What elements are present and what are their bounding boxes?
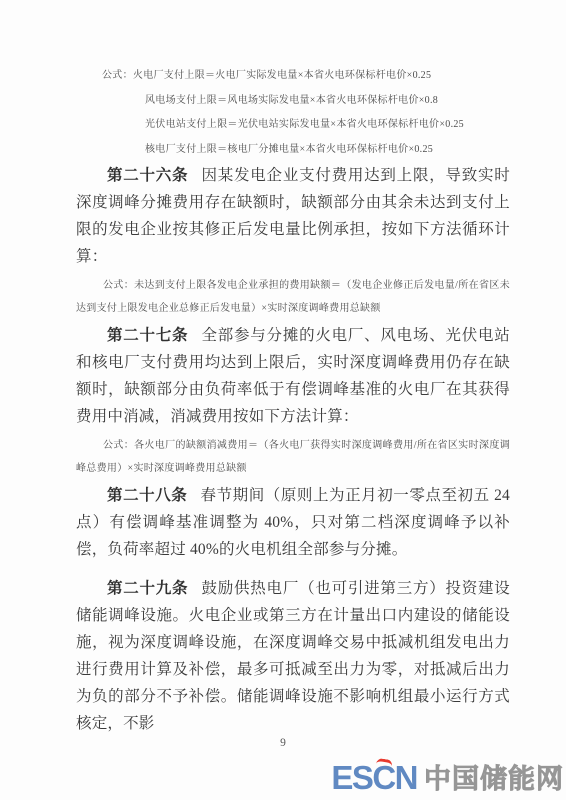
document-page: 公式：火电厂支付上限＝火电厂实际发电量×本省火电环保标杆电价×0.25 风电场支…: [0, 0, 566, 800]
formula-text-thermal: 火电厂支付上限＝火电厂实际发电量×本省火电环保标杆电价×0.25: [133, 70, 431, 81]
page-content: 公式：火电厂支付上限＝火电厂实际发电量×本省火电环保标杆电价×0.25 风电场支…: [76, 64, 510, 737]
escn-logo-chinese-text: 中国储能网: [424, 766, 564, 793]
payment-cap-formula-block: 公式：火电厂支付上限＝火电厂实际发电量×本省火电环保标杆电价×0.25 风电场支…: [76, 64, 510, 162]
article-27-formula: 公式：各火电厂的缺额消减费用＝（各火电厂获得实时深度调峰费用/所在省区实时深度调…: [76, 434, 510, 480]
escn-logo-text: ESCN: [331, 761, 417, 794]
article-27-heading: 第二十七条: [107, 327, 188, 344]
article-29-heading: 第二十九条: [107, 580, 188, 597]
article-29-body: 鼓励供热电厂（也可引进第三方）投资建设储能调峰设施。火电企业或第三方在计量出口内…: [76, 580, 510, 732]
formula-line-solar: 光伏电站支付上限＝光伏电站实际发电量×本省火电环保标杆电价×0.25: [145, 113, 510, 138]
formula-label: 公式：: [102, 70, 133, 81]
formula-line-wind: 风电场支付上限＝风电场实际发电量×本省火电环保标杆电价×0.8: [145, 89, 510, 114]
formula-line-thermal: 公式：火电厂支付上限＝火电厂实际发电量×本省火电环保标杆电价×0.25: [102, 64, 510, 89]
page-number: 9: [0, 737, 566, 749]
formula-line-nuclear: 核电厂支付上限＝核电厂分摊电量×本省火电环保标杆电价×0.25: [145, 138, 510, 163]
article-28-paragraph: 第二十八条春节期间（原则上为正月初一零点至初五 24 点）有偿调峰基准调整为 4…: [76, 482, 510, 563]
article-26-paragraph: 第二十六条因某发电企业支付费用达到上限，导致实时深度调峰分摊费用存在缺额时，缺额…: [76, 162, 510, 270]
article-28-heading: 第二十八条: [107, 487, 187, 504]
article-26-heading: 第二十六条: [107, 167, 188, 184]
article-27-paragraph: 第二十七条全部参与分摊的火电厂、风电场、光伏电站和核电厂支付费用均达到上限后，实…: [76, 322, 510, 430]
escn-watermark-logo: ESCN 中国储能网: [331, 761, 564, 794]
article-29-paragraph: 第二十九条鼓励供热电厂（也可引进第三方）投资建设储能调峰设施。火电企业或第三方在…: [76, 575, 510, 737]
article-26-formula: 公式：未达到支付上限各发电企业承担的费用缺额＝（发电企业修正后发电量/所在省区未…: [76, 274, 510, 320]
